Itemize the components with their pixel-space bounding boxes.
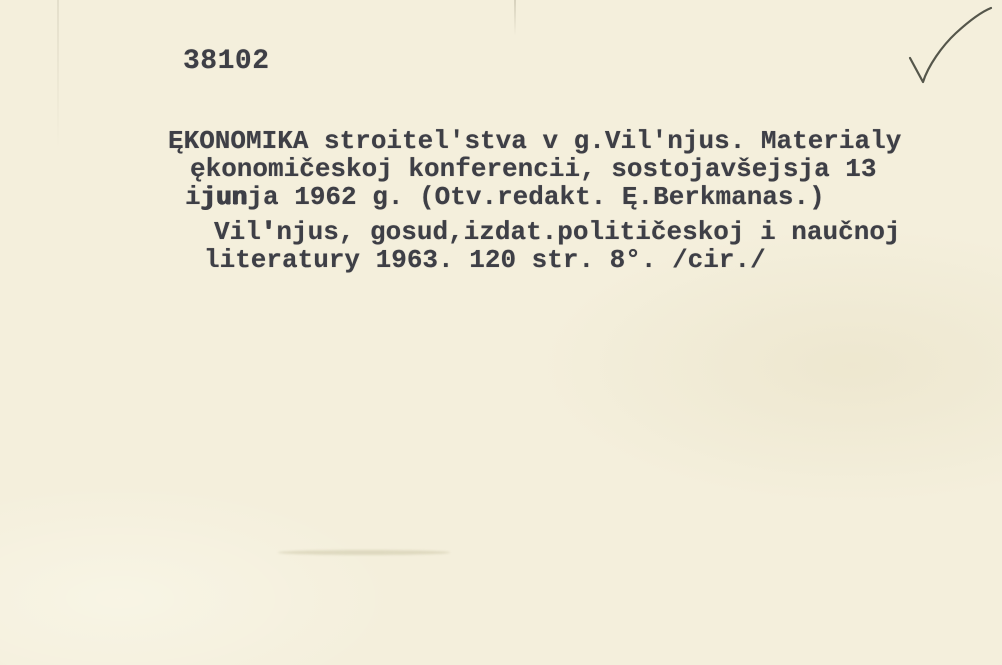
typewritten-text: literatury 1963. 120 str. 8°. /cir./ <box>204 245 766 275</box>
catalog-paragraph: ĘKONOMIKA stroitel'stva v g.Vil'njus. Ma… <box>168 127 948 211</box>
catalog-paragraph: Vil'njus, gosud,izdat.političeskoj i nau… <box>168 218 948 274</box>
catalog-line: ĘKONOMIKA stroitel'stva v g.Vil'njus. Ma… <box>168 127 948 155</box>
paper-smudge <box>278 550 450 555</box>
paper-texture <box>0 0 1002 665</box>
catalog-line: ękonomičeskoj konferencii, sostojavšejsj… <box>168 155 948 183</box>
catalog-line: Vil'njus, gosud,izdat.političeskoj i nau… <box>168 218 948 246</box>
catalog-line: literatury 1963. 120 str. 8°. /cir./ <box>168 246 948 274</box>
overtyped-text: ' <box>261 217 277 247</box>
call-number: 38102 <box>183 47 270 77</box>
paper-crease <box>514 0 516 36</box>
catalog-text-block: ĘKONOMIKA stroitel'stva v g.Vil'njus. Ma… <box>168 127 948 274</box>
typewritten-text: Vil <box>214 217 261 247</box>
typewritten-text: njus, gosud,izdat.političeskoj i naučnoj <box>276 217 900 247</box>
typewritten-text: ĘKONOMIKA stroitel'stva v g.Vil'njus. Ma… <box>168 126 901 156</box>
typewritten-text: ja 1962 g. (Otv.redakt. Ę.Berkmanas.) <box>247 182 824 212</box>
typewritten-text: i <box>185 182 201 212</box>
typewritten-text: ękonomičeskoj konferencii, sostojavšejsj… <box>190 154 877 184</box>
catalog-line: ijunja 1962 g. (Otv.redakt. Ę.Berkmanas.… <box>168 183 948 211</box>
checkmark-icon <box>890 0 1002 110</box>
paper-crease <box>57 0 59 150</box>
overtyped-text: jun <box>201 182 248 212</box>
